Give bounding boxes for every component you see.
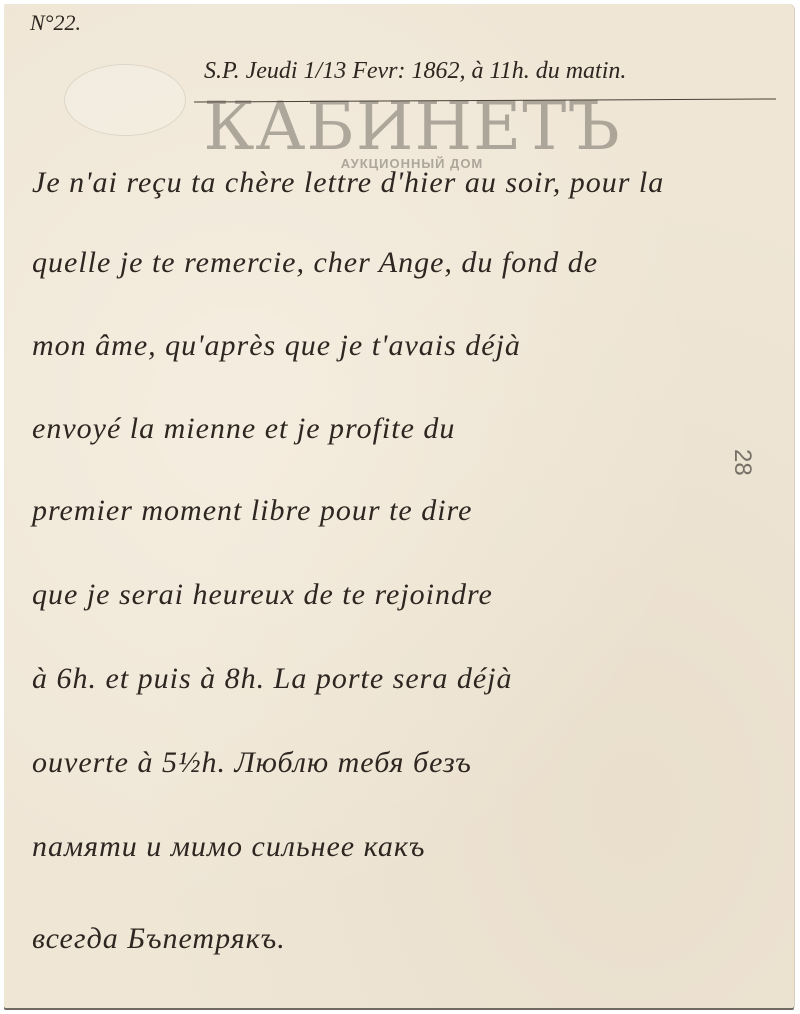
body-line: памяти и мимо сильнее какъ [32, 830, 426, 864]
dateline: S.P. Jeudi 1/13 Fevr: 1862, à 11h. du ma… [204, 58, 626, 85]
body-line: à 6h. et puis à 8h. La porte sera déjà [32, 662, 513, 696]
body-line: premier moment libre pour te dire [32, 494, 472, 528]
letter-sheet: КАБИНЕТЪ АУКЦИОННЫЙ ДОМ N°22. S.P. Jeudi… [4, 4, 794, 1008]
letter-number: N°22. [30, 10, 81, 36]
pencil-page-annotation: 28 [728, 449, 756, 489]
embossed-stamp [64, 64, 186, 136]
body-line: mon âme, qu'après que je t'avais déjà [32, 329, 521, 363]
dateline-underline [194, 98, 776, 102]
body-line: ouverte à 5½h. Люблю тебя безъ [32, 746, 472, 780]
body-line: Je n'ai reçu ta chère lettre d'hier au s… [32, 166, 664, 200]
body-line: quelle je te remercie, cher Ange, du fon… [32, 246, 598, 280]
body-line: всегда Бъпетрякъ. [32, 922, 286, 956]
body-line: que je serai heureux de te rejoindre [32, 578, 493, 612]
body-line: envoyé la mienne et je profite du [32, 412, 455, 446]
watermark: КАБИНЕТЪ АУКЦИОННЫЙ ДОМ [202, 94, 622, 171]
watermark-title: КАБИНЕТЪ [202, 94, 622, 160]
